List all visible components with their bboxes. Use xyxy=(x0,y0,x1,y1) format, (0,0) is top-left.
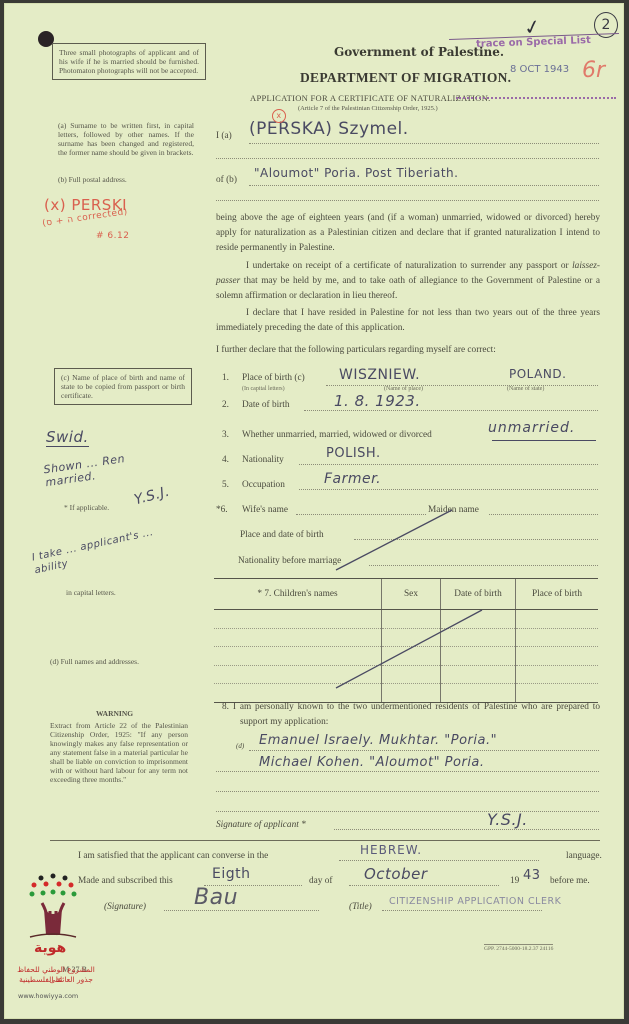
before-me: before me. xyxy=(550,876,590,886)
item-3-num: 3. xyxy=(222,430,229,440)
name-line-2 xyxy=(216,158,599,159)
occupation-line xyxy=(299,489,598,490)
sub-capital: (In capital letters) xyxy=(242,386,285,392)
address-line-2 xyxy=(216,200,599,201)
month-value[interactable]: October xyxy=(364,865,428,883)
wife-strikethrough xyxy=(334,508,454,573)
handwritten-initials: Y.S.J. xyxy=(133,484,172,509)
applicant-signature[interactable]: Y.S.J. xyxy=(487,810,528,829)
birthplace-note: (c) Name of place of birth and name of s… xyxy=(54,368,192,405)
declaration-para-2: I undertake on receipt of a certificate … xyxy=(216,259,600,304)
year-prefix: 19 xyxy=(510,876,519,886)
wife-nationality-label: Nationality before marriage xyxy=(238,556,341,566)
reference-2[interactable]: Michael Kohen. "Aloumot" Poria. xyxy=(259,755,485,770)
references-marker: (d) xyxy=(236,742,244,750)
red-initials: 6r xyxy=(582,58,605,83)
dob-label: Date of birth xyxy=(242,400,290,410)
address-line xyxy=(249,185,599,186)
children-table-header: * 7. Children's names Sex Date of birth … xyxy=(214,579,598,610)
applicant-address[interactable]: "Aloumot" Poria. Post Tiberiath. xyxy=(254,166,458,180)
language-line xyxy=(339,860,539,861)
day-value[interactable]: Eigth xyxy=(212,866,250,882)
item-4-num: 4. xyxy=(222,455,229,465)
date-stamp: 8 OCT 1943 xyxy=(510,64,569,75)
col-place-of-birth: Place of birth xyxy=(516,579,599,610)
clerk-signature-label: (Signature) xyxy=(104,902,146,912)
handwritten-language-note: I take ... applicant's ... ability xyxy=(31,525,164,577)
clerk-signature[interactable]: Bau xyxy=(194,885,238,910)
photos-note: Three small photographs of applicant and… xyxy=(52,43,206,80)
handwritten-swid: Swid. xyxy=(46,428,89,447)
applicant-signature-line xyxy=(334,829,599,830)
section-divider xyxy=(50,840,600,841)
reference-line-3 xyxy=(216,791,599,792)
full-names-note: (d) Full names and addresses. xyxy=(50,657,139,666)
language-pre: I am satisfied that the applicant can co… xyxy=(78,851,268,861)
title-line xyxy=(382,910,542,911)
cell[interactable] xyxy=(516,628,599,647)
para2-text-b: that may be held by me, and to take oath… xyxy=(216,276,600,301)
print-code: GPP. 2744-5000-18.2.37 24116 xyxy=(484,944,553,952)
form-subtitle: (Article 7 of the Palestinian Citizenshi… xyxy=(298,105,438,112)
nationality-line xyxy=(299,464,598,465)
reference-line-4 xyxy=(216,811,599,812)
nationality-value[interactable]: POLISH. xyxy=(326,446,381,461)
warning-text: Extract from Article 22 of the Palestini… xyxy=(50,721,188,784)
reference-line-2 xyxy=(216,771,599,772)
marital-label: Whether unmarried, married, widowed or d… xyxy=(242,430,432,440)
children-strikethrough xyxy=(334,608,484,690)
item-6-num: *6. xyxy=(216,505,228,515)
place-of-birth-line xyxy=(326,385,598,386)
day-of-label: day of xyxy=(309,876,333,886)
title-label: (Title) xyxy=(349,902,372,912)
item-2-num: 2. xyxy=(222,400,229,410)
item-5-num: 5. xyxy=(222,480,229,490)
occupation-value[interactable]: Farmer. xyxy=(324,471,381,487)
occupation-label: Occupation xyxy=(242,480,285,490)
howiyya-brand: هوية xyxy=(34,943,66,953)
wife-birth-label: Place and date of birth xyxy=(240,530,324,540)
language-post: language. xyxy=(566,851,602,861)
col-sex: Sex xyxy=(382,579,441,610)
state-of-birth-value[interactable]: POLAND. xyxy=(509,367,566,381)
reference-line-1 xyxy=(249,750,599,751)
red-circle-x: x xyxy=(272,109,286,123)
nationality-label: Nationality xyxy=(242,455,284,465)
warning-title: WARNING xyxy=(96,709,133,718)
capital-letters-note: in capital letters. xyxy=(66,588,116,597)
name-line xyxy=(249,143,599,144)
place-of-birth-value[interactable]: WISZNIEW. xyxy=(339,367,420,383)
cell[interactable] xyxy=(516,647,599,666)
maiden-name-line xyxy=(489,514,598,515)
name-label: I (a) xyxy=(216,131,232,141)
place-of-birth-label: Place of birth (c) xyxy=(242,373,305,383)
clerk-signature-line xyxy=(164,910,319,911)
strike-naturalization xyxy=(456,91,616,99)
form-title: APPLICATION FOR A CERTIFICATE OF NATURAL… xyxy=(250,93,491,103)
surname-note: (a) Surname to be written first, in capi… xyxy=(58,121,194,157)
applicant-signature-label: Signature of applicant * xyxy=(216,820,306,830)
department-heading: DEPARTMENT OF MIGRATION. xyxy=(300,70,511,86)
references-label: 8. I am personally known to the two unde… xyxy=(216,700,600,730)
declaration-para-4: I further declare that the following par… xyxy=(216,343,600,358)
howiyya-line-2: جذور العائلة الفلسطينية xyxy=(16,975,96,985)
marital-underline xyxy=(492,440,596,441)
dob-value[interactable]: 1. 8. 1923. xyxy=(334,392,421,410)
clerk-title-stamp: CITIZENSHIP APPLICATION CLERK xyxy=(389,896,561,907)
wife-name-label: Wife's name xyxy=(242,505,288,515)
applicant-name[interactable]: (PERSKA) Szymel. xyxy=(249,119,409,139)
postal-note: (b) Full postal address. xyxy=(58,175,127,184)
language-value[interactable]: HEBREW. xyxy=(360,843,422,857)
made-pre: Made and subscribed this xyxy=(78,876,173,886)
handwritten-married-note: Shown ... Ren married. xyxy=(43,447,165,489)
howiyya-url[interactable]: www.howiyya.com xyxy=(18,992,78,1000)
col-date-of-birth: Date of birth xyxy=(441,579,516,610)
para2-text-a: I undertake on receipt of a certificate … xyxy=(246,261,572,271)
red-annotation-number: # 6.12 xyxy=(96,231,129,241)
cell[interactable] xyxy=(516,610,599,629)
address-label: of (b) xyxy=(216,175,237,185)
month-line xyxy=(349,885,499,886)
marital-value[interactable]: unmarried. xyxy=(488,420,575,436)
year-value[interactable]: 43 xyxy=(523,868,541,883)
declaration-para-3: I declare that I have resided in Palesti… xyxy=(216,306,600,336)
howiyya-tree-logo xyxy=(24,873,82,941)
declaration-para-1: being above the age of eighteen years (a… xyxy=(216,211,600,256)
sub-state: (Name of state) xyxy=(507,386,544,392)
if-applicable-note: * If applicable. xyxy=(64,503,109,512)
col-children-names: * 7. Children's names xyxy=(214,579,382,610)
document-page: Three small photographs of applicant and… xyxy=(4,3,624,1019)
dob-line xyxy=(304,410,598,411)
item-1-num: 1. xyxy=(222,373,229,383)
reference-1[interactable]: Emanuel Israely. Mukhtar. "Poria." xyxy=(259,733,497,748)
cell[interactable] xyxy=(516,665,599,684)
